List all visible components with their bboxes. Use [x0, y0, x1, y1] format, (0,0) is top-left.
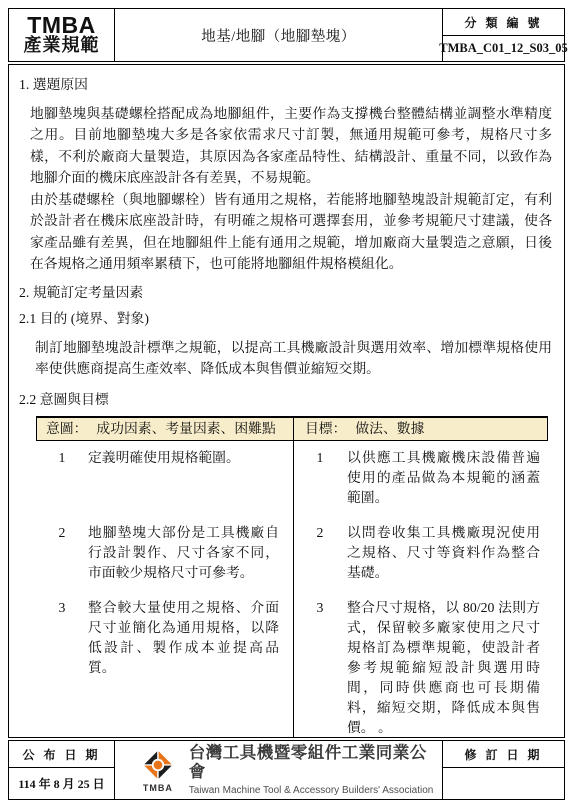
revision-date-label: 修 訂 日 期 — [443, 741, 564, 768]
association-block: TMBA 台灣工具機暨零組件工業同業公會 Taiwan Machine Tool… — [115, 741, 443, 799]
tmba-logo-caption: TMBA — [143, 783, 173, 793]
document-sheet: TMBA 產業規範 地基/地腳（地腳墊塊） 分 類 編 號 TMBA_C01_1… — [8, 8, 565, 800]
table-header-goal: 目標： 做法、數據 — [293, 419, 547, 439]
intent-cell: 地腳墊塊大部份是工具機廠自行設計製作、尺寸各家不同，市面較少規格尺寸可參考。 — [88, 523, 293, 583]
intent-cell: 定義明確使用規格範圍。 — [88, 448, 293, 508]
association-name-en: Taiwan Machine Tool & Accessory Builders… — [189, 785, 442, 796]
revision-date-value — [443, 768, 564, 799]
document-page: TMBA 產業規範 地基/地腳（地腳墊塊） 分 類 編 號 TMBA_C01_1… — [0, 0, 573, 808]
tmba-pinwheel-icon — [140, 748, 176, 782]
classification-block: 分 類 編 號 TMBA_C01_12_S03_05 — [443, 9, 564, 61]
goal-cell: 整合尺寸規格，以 80/20 法則方式，保留較多廠家使用之尺寸規格訂為標準規範，… — [347, 598, 548, 738]
publish-date-value: 114 年 8 月 25 日 — [9, 768, 114, 799]
document-title: 地基/地腳（地腳墊塊） — [115, 9, 443, 61]
tmba-footer-logo: TMBA — [138, 748, 178, 793]
intent-description: 成功因素、考量因素、困難點 — [96, 419, 275, 439]
header-table: TMBA 產業規範 地基/地腳（地腳墊塊） 分 類 編 號 TMBA_C01_1… — [8, 8, 565, 62]
intent-label: 意圖： — [46, 419, 87, 439]
section-2-1-paragraph: 制訂地腳墊塊設計標準之規範，以提高工具機廠設計與選用效率、增加標準規格使用率使供… — [35, 337, 552, 380]
tmba-logo-block: TMBA 產業規範 — [9, 9, 115, 61]
goal-cell: 以供應工具機廠機床設備普遍使用的產品做為本規範的涵蓋範圍。 — [347, 448, 548, 508]
association-name-zh: 台灣工具機暨零組件工業同業公會 — [189, 744, 442, 782]
goal-description: 做法、數據 — [355, 419, 424, 439]
table-body: 1 定義明確使用規格範圍。 1 以供應工具機廠機床設備普遍使用的產品做為本規範的… — [36, 441, 548, 738]
table-header-intent: 意圖： 成功因素、考量因素、困難點 — [37, 419, 293, 439]
publish-date-block: 公 布 日 期 114 年 8 月 25 日 — [9, 741, 115, 799]
section-1-heading: 1. 選題原因 — [19, 74, 552, 96]
classification-label: 分 類 編 號 — [443, 9, 564, 36]
intent-goal-table: 意圖： 成功因素、考量因素、困難點 目標： 做法、數據 1 定義明確使用規格範圍… — [36, 416, 548, 738]
publish-date-label: 公 布 日 期 — [9, 741, 114, 768]
goal-cell: 以問卷收集工具機廠現況使用之規格、尺寸等資料作為整合基礎。 — [347, 523, 548, 583]
footer-table: 公 布 日 期 114 年 8 月 25 日 TMBA 台灣工 — [8, 740, 565, 800]
main-content: 1. 選題原因 地腳墊塊與基礎螺栓搭配成為地腳組件，主要作為支撐機台整體結構並調… — [8, 64, 565, 738]
section-2-heading: 2. 規範訂定考量因素 — [19, 282, 552, 304]
tmba-logo-text: TMBA — [27, 16, 95, 35]
goal-row-number: 3 — [293, 598, 347, 738]
intent-cell: 整合較大量使用之規格、介面尺寸並簡化為通用規格，以降低設計、製作成本並提高品質。 — [88, 598, 293, 738]
section-2-2-heading: 2.2 意圖與目標 — [19, 389, 552, 411]
goal-label: 目標： — [305, 419, 346, 439]
goal-row-number: 1 — [293, 448, 347, 508]
intent-row-number: 1 — [36, 448, 88, 508]
table-header-row: 意圖： 成功因素、考量因素、困難點 目標： 做法、數據 — [36, 416, 548, 441]
classification-code: TMBA_C01_12_S03_05 — [443, 36, 564, 61]
revision-date-block: 修 訂 日 期 — [443, 741, 564, 799]
tmba-logo-subtext: 產業規範 — [24, 35, 100, 55]
section-2-1-heading: 2.1 目的 (境界、對象) — [19, 308, 552, 330]
section-1-paragraph-2: 由於基礎螺栓（與地腳螺栓）皆有通用之規格，若能將地腳墊塊設計規範訂定，有利於設計… — [30, 189, 552, 275]
table-center-divider — [293, 416, 294, 738]
goal-row-number: 2 — [293, 523, 347, 583]
intent-row-number: 3 — [36, 598, 88, 738]
intent-row-number: 2 — [36, 523, 88, 583]
section-1-paragraph-1: 地腳墊塊與基礎螺栓搭配成為地腳組件，主要作為支撐機台整體結構並調整水準精度之用。… — [30, 103, 552, 189]
association-names: 台灣工具機暨零組件工業同業公會 Taiwan Machine Tool & Ac… — [189, 744, 442, 796]
